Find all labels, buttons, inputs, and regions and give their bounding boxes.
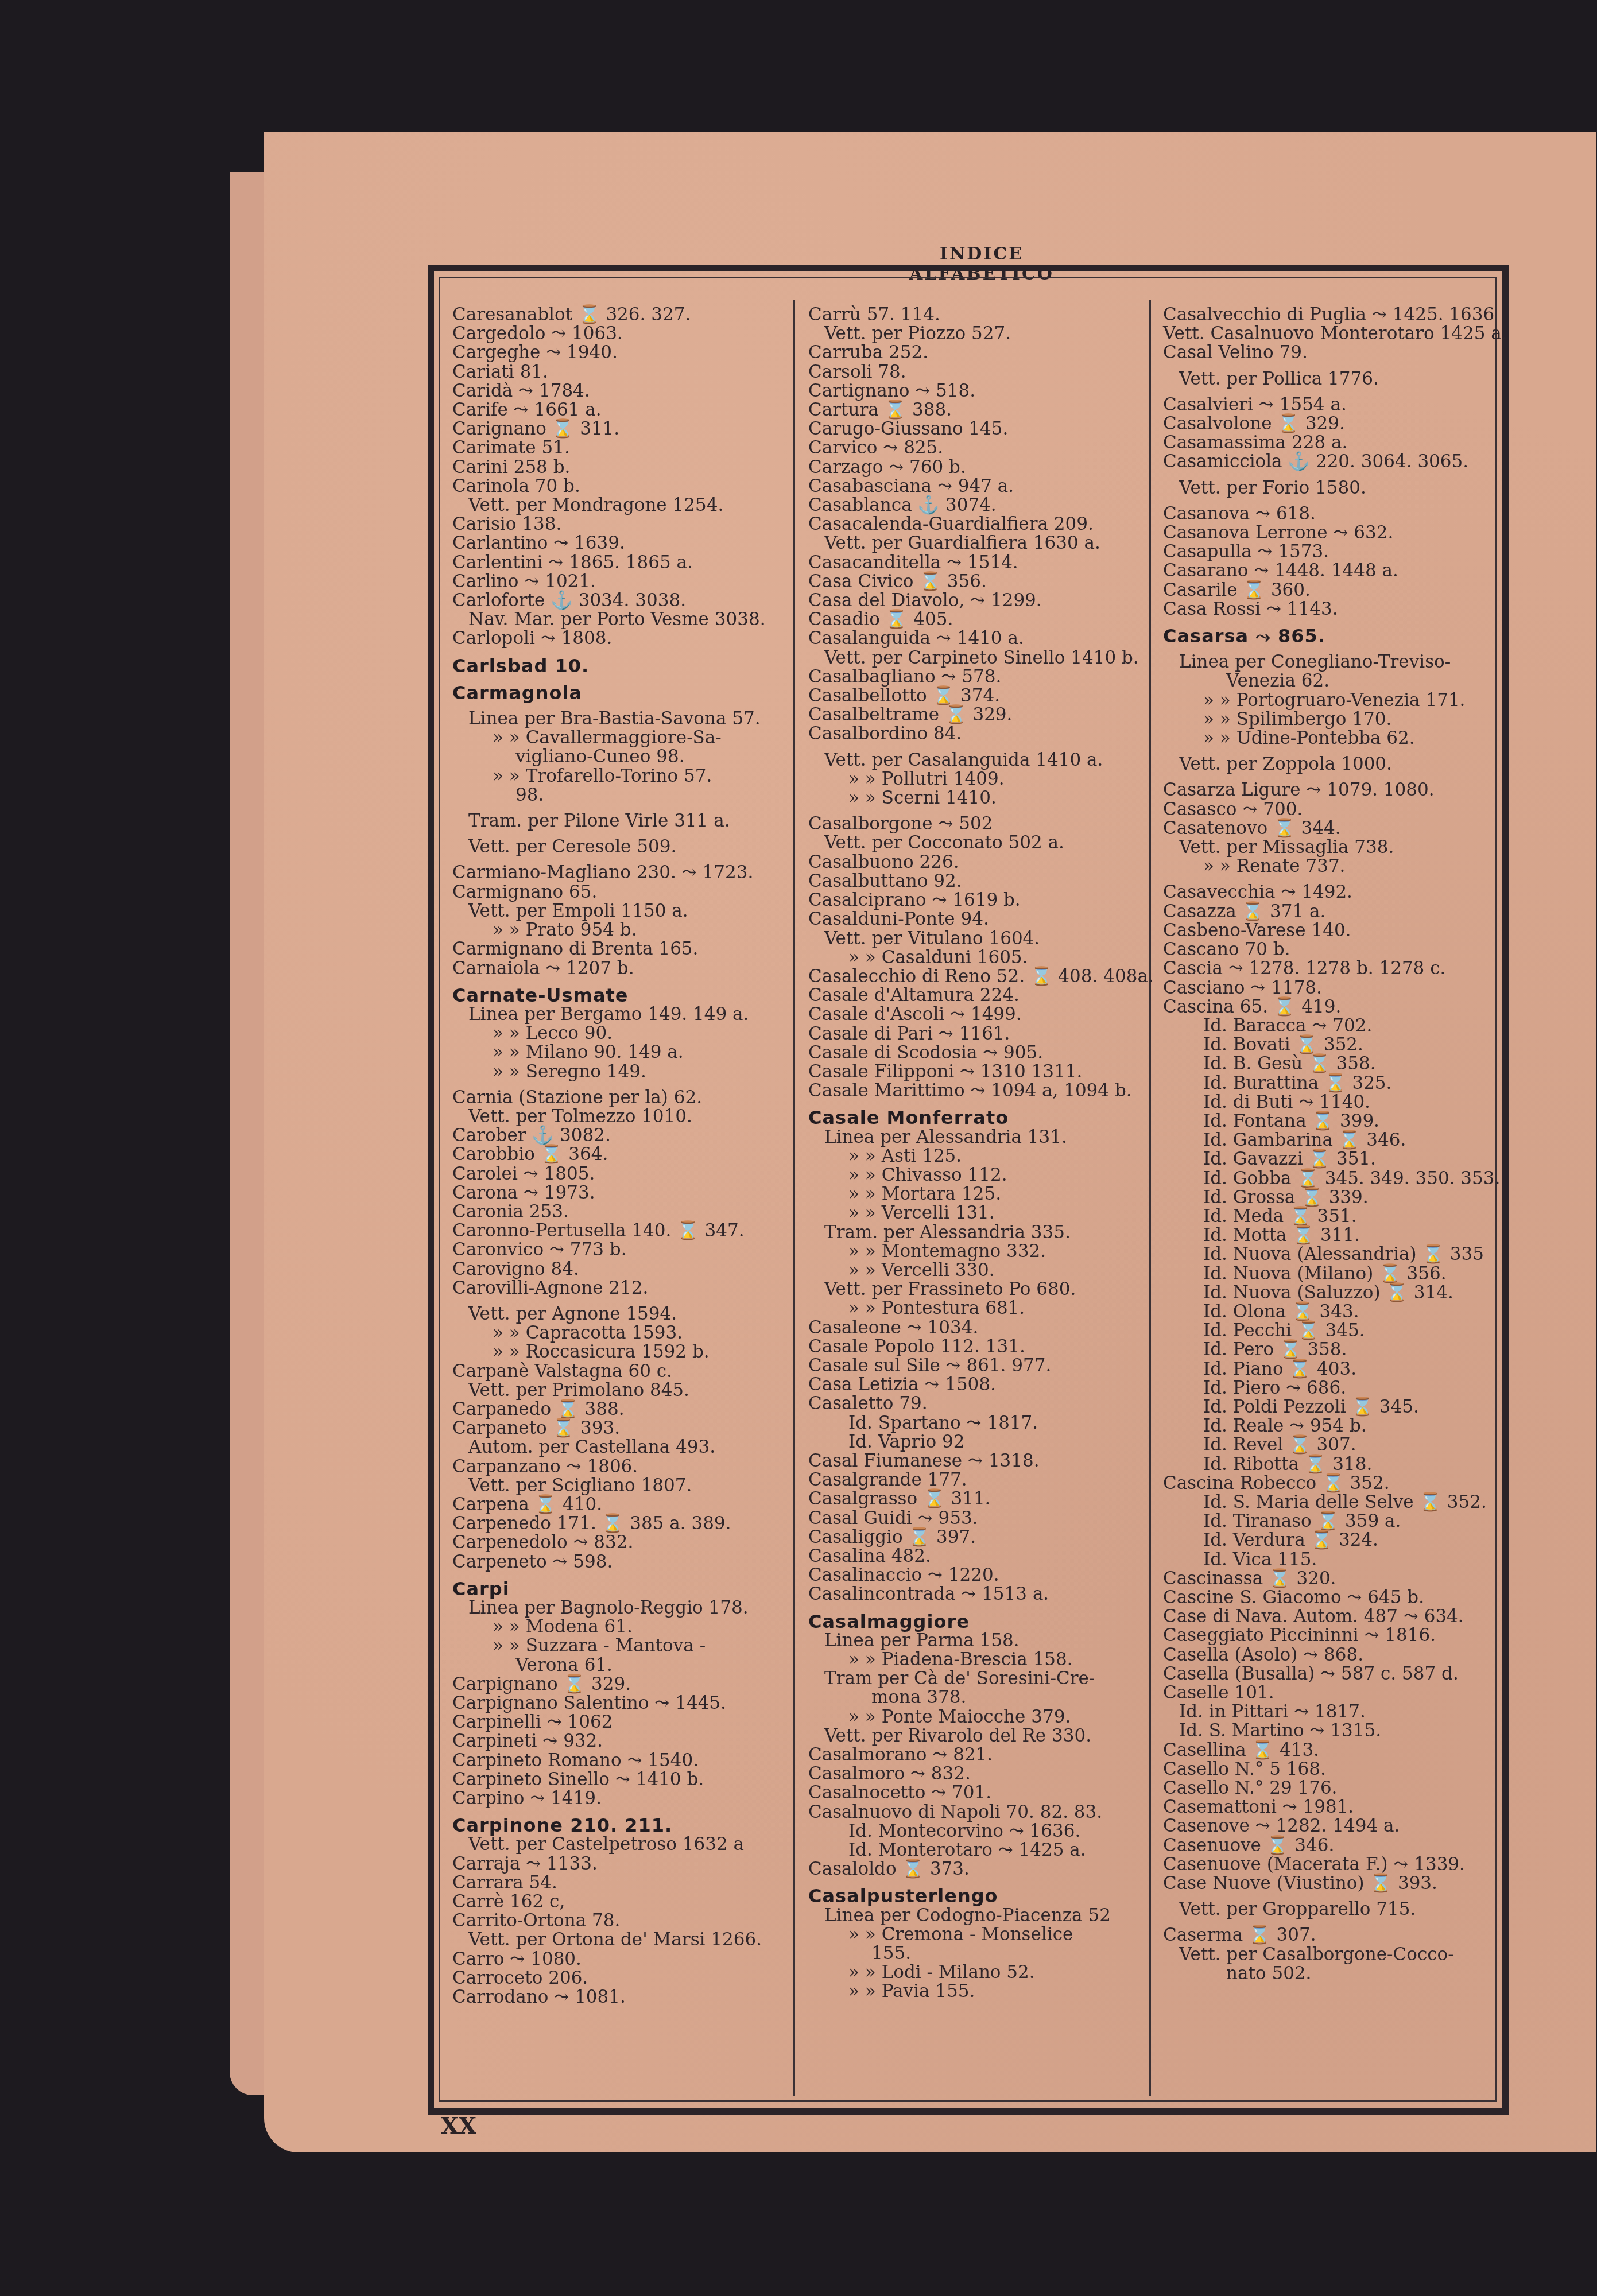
index-entry: Id. Vaprio 92 <box>808 1433 1147 1452</box>
index-entry: Carmignano di Brenta 165. <box>452 940 791 959</box>
index-entry: Case Nuove (Viustino) ⌛ 393. <box>1163 1874 1502 1893</box>
index-entry: Linea per Alessandria 131. <box>808 1128 1147 1147</box>
index-entry: Id. Meda ⌛ 351. <box>1163 1207 1502 1226</box>
index-entry: Linea per Bra-Bastia-Savona 57. <box>452 709 791 728</box>
index-entry: Id. Reale ⤳ 954 b. <box>1163 1417 1502 1436</box>
index-entry: Vett. per Castelpetroso 1632 a <box>452 1835 791 1854</box>
index-entry: Carober ⚓ 3082. <box>452 1126 791 1145</box>
index-entry: Id. in Pittari ⤳ 1817. <box>1163 1702 1502 1721</box>
index-entry: Casalina 482. <box>808 1547 1147 1566</box>
index-entry: Carroceto 206. <box>452 1969 791 1988</box>
index-entry: 155. <box>808 1944 1147 1963</box>
index-entry: Cartignano ⤳ 518. <box>808 382 1147 401</box>
index-entry: Carpenedolo ⤳ 832. <box>452 1533 791 1552</box>
index-entry: Casa Rossi ⤳ 1143. <box>1163 600 1502 619</box>
index-entry: Carpineti ⤳ 932. <box>452 1732 791 1751</box>
index-entry: Casalmorano ⤳ 821. <box>808 1746 1147 1764</box>
index-entry: » » Pontestura 681. <box>808 1299 1147 1318</box>
index-entry: Casadio ⌛ 405. <box>808 610 1147 629</box>
index-heading: Carpi <box>452 1580 791 1599</box>
index-entry: Id. Gobba ⌛ 345. 349. 350. 353. <box>1163 1169 1502 1188</box>
index-entry: Casalecchio di Reno 52. ⌛ 408. 408a. <box>808 967 1147 986</box>
index-entry: » » Milano 90. 149 a. <box>452 1043 791 1062</box>
index-entry: » » Roccasicura 1592 b. <box>452 1343 791 1362</box>
index-entry: Id. Ribotta ⌛ 318. <box>1163 1455 1502 1474</box>
index-entry: Id. Nuova (Saluzzo) ⌛ 314. <box>1163 1283 1502 1302</box>
index-entry: » » Cremona - Monselice <box>808 1925 1147 1944</box>
index-entry: Linea per Codogno-Piacenza 52 <box>808 1906 1147 1925</box>
index-entry: Vett. per Casalanguida 1410 a. <box>808 751 1147 770</box>
index-entry: mona 378. <box>808 1688 1147 1707</box>
index-entry: Casalinaccio ⤳ 1220. <box>808 1566 1147 1585</box>
index-entry: Casalbeltrame ⌛ 329. <box>808 705 1147 724</box>
index-heading: Casarsa ⤳ 865. <box>1163 627 1502 646</box>
index-entry: Casanova Lerrone ⤳ 632. <box>1163 523 1502 542</box>
index-entry: » » Lodi - Milano 52. <box>808 1963 1147 1982</box>
index-frame: Caresanablot ⌛ 326. 327.Cargedolo ⤳ 1063… <box>428 265 1509 2115</box>
column-rule <box>793 300 795 2096</box>
index-entry: Id. Tiranaso ⌛ 359 a. <box>1163 1512 1502 1531</box>
index-entry: Id. Vica 115. <box>1163 1550 1502 1569</box>
index-entry: Id. Fontana ⌛ 399. <box>1163 1112 1502 1131</box>
index-entry: Id. Nuova (Alessandria) ⌛ 335 <box>1163 1245 1502 1264</box>
index-entry: Id. Poldi Pezzoli ⌛ 345. <box>1163 1398 1502 1417</box>
index-entry: Vett. per Guardialfiera 1630 a. <box>808 534 1147 553</box>
index-entry: Casal Guidi ⤳ 953. <box>808 1509 1147 1528</box>
index-entry: Id. Gambarina ⌛ 346. <box>1163 1131 1502 1150</box>
index-entry: » » Scerni 1410. <box>808 789 1147 808</box>
index-entry: Verona 61. <box>452 1656 791 1675</box>
index-entry: Caserma ⌛ 307. <box>1163 1926 1502 1945</box>
index-entry: Vett. per Pollica 1776. <box>1163 370 1502 389</box>
index-entry: » » Piadena-Brescia 158. <box>808 1650 1147 1669</box>
index-entry: Casello N.° 29 176. <box>1163 1779 1502 1798</box>
index-entry: Vett. per Ceresole 509. <box>452 837 791 856</box>
index-entry: Carpeneto ⤳ 598. <box>452 1553 791 1572</box>
index-entry: Carpaneto ⌛ 393. <box>452 1419 791 1438</box>
index-entry: Id. B. Gesù ⌛ 358. <box>1163 1054 1502 1073</box>
index-entry: Vett. per Agnone 1594. <box>452 1305 791 1324</box>
index-entry: Vett. per Zoppola 1000. <box>1163 755 1502 774</box>
index-entry: Casalvecchio di Puglia ⤳ 1425. 1636 <box>1163 305 1502 324</box>
index-entry: Id. Verdura ⌛ 324. <box>1163 1531 1502 1550</box>
index-entry: Carrito-Ortona 78. <box>452 1911 791 1930</box>
index-entry: Vett. per Empoli 1150 a. <box>452 902 791 921</box>
index-entry: Carro ⤳ 1080. <box>452 1950 791 1969</box>
index-entry: Carlantino ⤳ 1639. <box>452 534 791 553</box>
index-entry: » » Trofarello-Torino 57. <box>452 767 791 786</box>
index-entry: Carini 258 b. <box>452 458 791 477</box>
index-entry: Linea per Parma 158. <box>808 1631 1147 1650</box>
index-entry: Caridà ⤳ 1784. <box>452 382 791 401</box>
index-entry: Carpignano Salentino ⤳ 1445. <box>452 1694 791 1713</box>
index-entry: Carugo-Giussano 145. <box>808 420 1147 439</box>
index-entry: Carmignano 65. <box>452 883 791 902</box>
index-entry: Vett. per Mondragone 1254. <box>452 496 791 515</box>
index-entry: Casarza Ligure ⤳ 1079. 1080. <box>1163 781 1502 800</box>
index-entry: Casemattoni ⤳ 1981. <box>1163 1798 1502 1817</box>
index-entry: Carovigno 84. <box>452 1260 791 1279</box>
index-entry: Casabasciana ⤳ 947 a. <box>808 477 1147 496</box>
index-entry: Carpanedo ⌛ 388. <box>452 1400 791 1419</box>
index-entry: Casaliggio ⌛ 397. <box>808 1528 1147 1547</box>
index-entry: Vett. per Tolmezzo 1010. <box>452 1107 791 1126</box>
index-entry: Casanova ⤳ 618. <box>1163 505 1502 523</box>
index-entry: Casamassima 228 a. <box>1163 433 1502 452</box>
index-entry: Casa Civico ⌛ 356. <box>808 572 1147 591</box>
index-entry: Vett. per Missaglia 738. <box>1163 838 1502 857</box>
index-entry: Vett. per Frassineto Po 680. <box>808 1280 1147 1299</box>
index-entry: Cascina Robecco ⌛ 352. <box>1163 1474 1502 1493</box>
index-entry: Casale di Pari ⤳ 1161. <box>808 1025 1147 1044</box>
index-entry: Id. Piano ⌛ 403. <box>1163 1360 1502 1379</box>
index-entry: » » Suzzara - Mantova - <box>452 1636 791 1655</box>
index-entry: Casalbuono 226. <box>808 853 1147 872</box>
index-entry: Casacalenda-Guardialfiera 209. <box>808 515 1147 534</box>
index-entry: Casciano ⤳ 1178. <box>1163 979 1502 998</box>
index-entry: Id. Piero ⤳ 686. <box>1163 1379 1502 1398</box>
index-entry: Caronno-Pertusella 140. ⌛ 347. <box>452 1221 791 1240</box>
index-entry: Casa Letizia ⤳ 1508. <box>808 1375 1147 1394</box>
index-entry: Casaletto 79. <box>808 1394 1147 1413</box>
index-entry: Casale Filipponi ⤳ 1310 1311. <box>808 1062 1147 1081</box>
index-entry: Cascano 70 b. <box>1163 940 1502 959</box>
index-entry: nato 502. <box>1163 1964 1502 1983</box>
index-heading: Carnate-Usmate <box>452 986 791 1005</box>
index-entry: » » Montemagno 332. <box>808 1242 1147 1261</box>
index-entry: Casalnocetto ⤳ 701. <box>808 1783 1147 1802</box>
index-entry: » » Prato 954 b. <box>452 921 791 940</box>
index-heading: Carpinone 210. 211. <box>452 1816 791 1835</box>
index-column-2: Carrù 57. 114.Vett. per Piozzo 527.Carru… <box>808 305 1147 2002</box>
index-entry: » » Vercelli 131. <box>808 1204 1147 1223</box>
index-entry: Casalincontrada ⤳ 1513 a. <box>808 1585 1147 1604</box>
index-entry: Casella (Busalla) ⤳ 587 c. 587 d. <box>1163 1665 1502 1684</box>
index-entry: Casalgrasso ⌛ 311. <box>808 1490 1147 1508</box>
index-entry: » » Portogruaro-Venezia 171. <box>1163 691 1502 710</box>
index-entry: Casello N.° 5 168. <box>1163 1760 1502 1779</box>
index-entry: Casalbordino 84. <box>808 724 1147 743</box>
index-entry: Id. Revel ⌛ 307. <box>1163 1436 1502 1455</box>
index-entry: Carinola 70 b. <box>452 477 791 496</box>
index-entry: Carpineto Romano ⤳ 1540. <box>452 1751 791 1770</box>
index-entry: Id. Montecorvino ⤳ 1636. <box>808 1822 1147 1841</box>
index-entry: Carrè 162 c, <box>452 1892 791 1911</box>
index-entry: vigliano-Cuneo 98. <box>452 747 791 766</box>
index-entry: Vett. Casalnuovo Monterotaro 1425 a. <box>1163 324 1502 343</box>
index-entry: Carraja ⤳ 1133. <box>452 1855 791 1874</box>
index-entry: Vett. per Primolano 845. <box>452 1381 791 1400</box>
index-entry: Casalgrande 177. <box>808 1471 1147 1490</box>
index-entry: Casale di Scodosia ⤳ 905. <box>808 1044 1147 1062</box>
index-entry: Casablanca ⚓ 3074. <box>808 496 1147 515</box>
index-entry: Casazza ⌛ 371 a. <box>1163 902 1502 921</box>
index-entry: Casella (Asolo) ⤳ 868. <box>1163 1646 1502 1665</box>
index-entry: Caronvico ⤳ 773 b. <box>452 1240 791 1259</box>
index-entry: Carlino ⤳ 1021. <box>452 572 791 591</box>
index-entry: Cariati 81. <box>452 363 791 382</box>
index-entry: Carpineto Sinello ⤳ 1410 b. <box>452 1770 791 1789</box>
index-entry: Id. Nuova (Milano) ⌛ 356. <box>1163 1265 1502 1283</box>
index-entry: Id. Olona ⌛ 343. <box>1163 1302 1502 1321</box>
index-entry: Casalbuttano 92. <box>808 872 1147 891</box>
index-entry: Carona ⤳ 1973. <box>452 1184 791 1203</box>
index-entry: Id. S. Martino ⤳ 1315. <box>1163 1721 1502 1740</box>
index-entry: Carlentini ⤳ 1865. 1865 a. <box>452 553 791 572</box>
index-entry: » » Udine-Pontebba 62. <box>1163 729 1502 748</box>
index-entry: Case di Nava. Autom. 487 ⤳ 634. <box>1163 1607 1502 1626</box>
index-entry: Carobbio ⌛ 364. <box>452 1145 791 1164</box>
index-entry: Casalbellotto ⌛ 374. <box>808 687 1147 705</box>
index-entry: Vett. per Ortona de' Marsi 1266. <box>452 1930 791 1949</box>
index-heading: Casale Monferrato <box>808 1108 1147 1127</box>
index-entry: Vett. per Piozzo 527. <box>808 324 1147 343</box>
index-entry: Carignano ⌛ 311. <box>452 420 791 439</box>
index-entry: Carimate 51. <box>452 439 791 457</box>
index-entry: Tram per Cà de' Soresini-Cre- <box>808 1669 1147 1688</box>
index-entry: Carolei ⤳ 1805. <box>452 1165 791 1184</box>
index-entry: Casale Marittimo ⤳ 1094 a, 1094 b. <box>808 1081 1147 1100</box>
index-entry: Casaloldo ⌛ 373. <box>808 1860 1147 1879</box>
index-entry: Caselle 101. <box>1163 1684 1502 1702</box>
index-entry: Caronia 253. <box>452 1203 791 1221</box>
index-entry: » » Casalduni 1605. <box>808 948 1147 967</box>
index-entry: Cascia ⤳ 1278. 1278 b. 1278 c. <box>1163 959 1502 978</box>
index-entry: Carvico ⤳ 825. <box>808 439 1147 457</box>
index-entry: » » Chivasso 112. <box>808 1166 1147 1185</box>
index-entry: Id. Bovati ⌛ 352. <box>1163 1035 1502 1054</box>
index-entry: Casatenovo ⌛ 344. <box>1163 819 1502 838</box>
index-entry: Casalborgone ⤳ 502 <box>808 815 1147 833</box>
index-entry: Vett. per Cocconato 502 a. <box>808 833 1147 852</box>
index-entry: Carnia (Stazione per la) 62. <box>452 1088 791 1107</box>
index-entry: Casarano ⤳ 1448. 1448 a. <box>1163 561 1502 580</box>
index-entry: Carife ⤳ 1661 a. <box>452 401 791 420</box>
index-entry: Carrodano ⤳ 1081. <box>452 1988 791 2007</box>
index-entry: Caseggiato Piccininni ⤳ 1816. <box>1163 1626 1502 1645</box>
index-entry: Casenuove (Macerata F.) ⤳ 1339. <box>1163 1855 1502 1874</box>
index-entry: Id. Gavazzi ⌛ 351. <box>1163 1150 1502 1169</box>
index-entry: Carpignano ⌛ 329. <box>452 1675 791 1694</box>
index-entry: Linea per Conegliano-Treviso- <box>1163 653 1502 672</box>
index-entry: » » Lecco 90. <box>452 1024 791 1043</box>
index-entry: Tram. per Pilone Virle 311 a. <box>452 812 791 831</box>
index-entry: Vett. per Scigliano 1807. <box>452 1476 791 1495</box>
index-entry: Id. Burattina ⌛ 325. <box>1163 1074 1502 1093</box>
index-entry: » » Capracotta 1593. <box>452 1324 791 1343</box>
index-entry: » » Pollutri 1409. <box>808 770 1147 789</box>
index-heading: Casalpusterlengo <box>808 1887 1147 1906</box>
index-entry: Vett. per Rivarolo del Re 330. <box>808 1727 1147 1746</box>
index-entry: Casarile ⌛ 360. <box>1163 581 1502 600</box>
index-entry: Carloforte ⚓ 3034. 3038. <box>452 591 791 610</box>
index-entry: Carpena ⌛ 410. <box>452 1495 791 1514</box>
index-entry: Id. Pero ⌛ 358. <box>1163 1340 1502 1359</box>
index-entry: Cascina 65. ⌛ 419. <box>1163 998 1502 1017</box>
index-entry: Casapulla ⤳ 1573. <box>1163 542 1502 561</box>
index-entry: Carsoli 78. <box>808 363 1147 382</box>
index-entry: Id. Pecchi ⌛ 345. <box>1163 1321 1502 1340</box>
index-entry: Carisio 138. <box>452 515 791 534</box>
index-entry: Carpanzano ⤳ 1806. <box>452 1457 791 1476</box>
index-entry: » » Spilimbergo 170. <box>1163 710 1502 729</box>
index-entry: Casa del Diavolo, ⤳ 1299. <box>808 591 1147 610</box>
index-entry: Casale d'Altamura 224. <box>808 986 1147 1005</box>
index-entry: Vett. per Casalborgone-Cocco- <box>1163 1945 1502 1964</box>
index-entry: Caresanablot ⌛ 326. 327. <box>452 305 791 324</box>
index-entry: Casalbagliano ⤳ 578. <box>808 668 1147 687</box>
index-entry: Cargedolo ⤳ 1063. <box>452 324 791 343</box>
index-heading: Carlsbad 10. <box>452 657 791 676</box>
index-entry: Casenuove ⌛ 346. <box>1163 1836 1502 1855</box>
index-entry: Casale sul Sile ⤳ 861. 977. <box>808 1356 1147 1375</box>
index-entry: Cargeghe ⤳ 1940. <box>452 343 791 362</box>
index-entry: Vett. per Vitulano 1604. <box>808 929 1147 948</box>
index-entry: Carpinelli ⤳ 1062 <box>452 1713 791 1732</box>
index-entry: Casamicciola ⚓ 220. 3064. 3065. <box>1163 452 1502 471</box>
index-entry: Casalvieri ⤳ 1554 a. <box>1163 395 1502 414</box>
index-entry: » » Mortara 125. <box>808 1185 1147 1204</box>
index-entry: » » Cavallermaggiore-Sa- <box>452 728 791 747</box>
index-entry: Id. S. Maria delle Selve ⌛ 352. <box>1163 1493 1502 1512</box>
index-entry: Carlopoli ⤳ 1808. <box>452 629 791 648</box>
index-entry: Carrù 57. 114. <box>808 305 1147 324</box>
index-entry: Casasco ⤳ 700. <box>1163 800 1502 819</box>
index-entry: » » Vercelli 330. <box>808 1261 1147 1280</box>
index-entry: Casellina ⌛ 413. <box>1163 1741 1502 1760</box>
index-entry: Casaleone ⤳ 1034. <box>808 1318 1147 1337</box>
index-entry: Id. Motta ⌛ 311. <box>1163 1226 1502 1245</box>
index-entry: Casenove ⤳ 1282. 1494 a. <box>1163 1817 1502 1836</box>
index-entry: Vett. per Gropparello 715. <box>1163 1900 1502 1919</box>
index-entry: Vett. per Forio 1580. <box>1163 479 1502 498</box>
page-number: XX <box>441 2112 476 2139</box>
index-entry: Carruba 252. <box>808 343 1147 362</box>
index-entry: Casale d'Ascoli ⤳ 1499. <box>808 1005 1147 1024</box>
index-entry: Casacanditella ⤳ 1514. <box>808 553 1147 572</box>
index-entry: Id. Monterotaro ⤳ 1425 a. <box>808 1841 1147 1860</box>
index-entry: Casalnuovo di Napoli 70. 82. 83. <box>808 1803 1147 1822</box>
index-entry: Casale Popolo 112. 131. <box>808 1337 1147 1356</box>
index-entry: Id. Baracca ⤳ 702. <box>1163 1017 1502 1035</box>
index-entry: Casalanguida ⤳ 1410 a. <box>808 629 1147 648</box>
index-entry: Carzago ⤳ 760 b. <box>808 458 1147 477</box>
index-entry: Vett. per Carpineto Sinello 1410 b. <box>808 649 1147 668</box>
index-entry: 98. <box>452 786 791 805</box>
index-entry: » » Renate 737. <box>1163 857 1502 876</box>
index-entry: Casalduni-Ponte 94. <box>808 910 1147 929</box>
index-entry: Casal Fiumanese ⤳ 1318. <box>808 1452 1147 1471</box>
column-rule <box>1149 300 1151 2096</box>
index-entry: Casavecchia ⤳ 1492. <box>1163 883 1502 902</box>
index-entry: Tram. per Alessandria 335. <box>808 1223 1147 1242</box>
index-entry: Casalvolone ⌛ 329. <box>1163 414 1502 433</box>
index-entry: Autom. per Castellana 493. <box>452 1438 791 1457</box>
index-entry: Carpenedo 171. ⌛ 385 a. 389. <box>452 1514 791 1533</box>
index-entry: » » Pavia 155. <box>808 1982 1147 2001</box>
index-entry: » » Modena 61. <box>452 1618 791 1636</box>
index-entry: » » Ponte Maiocche 379. <box>808 1708 1147 1727</box>
index-entry: Carnaiola ⤳ 1207 b. <box>452 959 791 978</box>
index-entry: » » Asti 125. <box>808 1147 1147 1166</box>
index-heading: Casalmaggiore <box>808 1612 1147 1631</box>
index-entry: Casalciprano ⤳ 1619 b. <box>808 891 1147 910</box>
index-entry: Id. Spartano ⤳ 1817. <box>808 1414 1147 1433</box>
index-entry: Nav. Mar. per Porto Vesme 3038. <box>452 610 791 629</box>
index-entry: Carovilli-Agnone 212. <box>452 1279 791 1298</box>
index-entry: Carrara 54. <box>452 1874 791 1892</box>
index-column-3: Casalvecchio di Puglia ⤳ 1425. 1636Vett.… <box>1163 305 1502 1983</box>
index-entry: Venezia 62. <box>1163 672 1502 691</box>
index-heading: Carmagnola <box>452 684 791 703</box>
index-entry: Carpino ⤳ 1419. <box>452 1789 791 1808</box>
index-entry: Carpanè Valstagna 60 c. <box>452 1362 791 1381</box>
index-entry: Id. Grossa ⌛ 339. <box>1163 1188 1502 1207</box>
index-entry: Casbeno-Varese 140. <box>1163 921 1502 940</box>
index-entry: Carmiano-Magliano 230. ⤳ 1723. <box>452 863 791 882</box>
index-entry: Id. di Buti ⤳ 1140. <box>1163 1093 1502 1112</box>
index-entry: Cascinassa ⌛ 320. <box>1163 1569 1502 1588</box>
index-entry: Linea per Bagnolo-Reggio 178. <box>452 1599 791 1618</box>
index-entry: » » Seregno 149. <box>452 1062 791 1081</box>
index-entry: Casalmoro ⤳ 832. <box>808 1764 1147 1783</box>
index-entry: Casal Velino 79. <box>1163 343 1502 362</box>
index-column-1: Caresanablot ⌛ 326. 327.Cargedolo ⤳ 1063… <box>452 305 791 2007</box>
index-entry: Linea per Bergamo 149. 149 a. <box>452 1005 791 1024</box>
index-entry: Cascine S. Giacomo ⤳ 645 b. <box>1163 1588 1502 1607</box>
index-entry: Cartura ⌛ 388. <box>808 401 1147 420</box>
